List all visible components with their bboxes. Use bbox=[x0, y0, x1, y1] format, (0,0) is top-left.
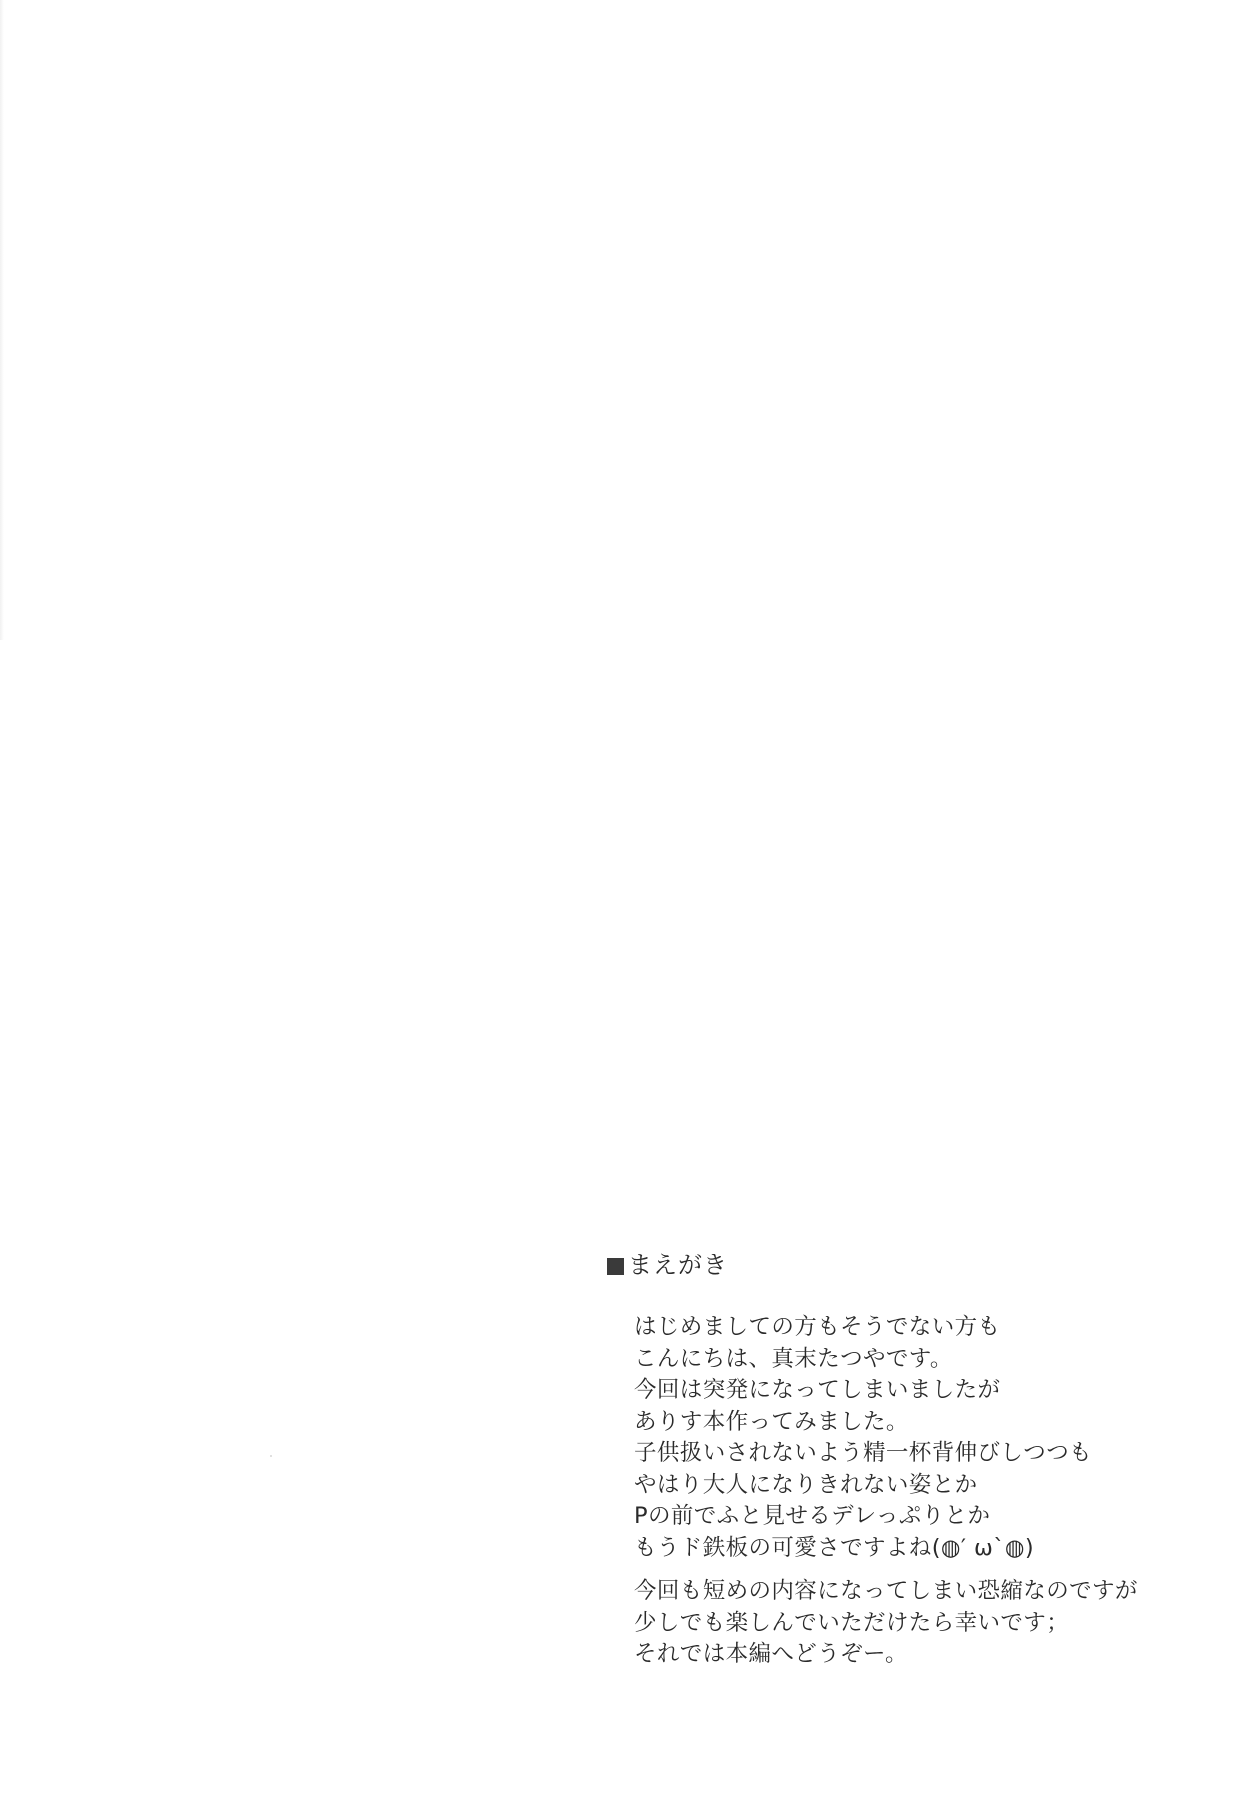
text-line: ありす本作ってみました。 bbox=[634, 1407, 1138, 1439]
text-line: 少しでも楽しんでいただけたら幸いです； bbox=[634, 1608, 1138, 1640]
text-line: こんにちは、真末たつやです。 bbox=[634, 1344, 1138, 1376]
preface-body: はじめましての方もそうでない方も こんにちは、真末たつやです。 今回は突発になっ… bbox=[634, 1312, 1138, 1671]
text-line: それでは本編へどうぞー。 bbox=[634, 1639, 1138, 1671]
scan-page-edge bbox=[0, 0, 4, 640]
text-line: 今回も短めの内容になってしまい恐縮なのですが bbox=[634, 1576, 1138, 1608]
paragraph-2: 今回も短めの内容になってしまい恐縮なのですが 少しでも楽しんでいただけたら幸いで… bbox=[634, 1576, 1138, 1671]
paragraph-1: はじめましての方もそうでない方も こんにちは、真末たつやです。 今回は突発になっ… bbox=[634, 1312, 1138, 1564]
text-line: 子供扱いされないよう精一杯背伸びしつつも bbox=[634, 1438, 1138, 1470]
section-heading: まえがき bbox=[607, 1250, 728, 1280]
text-line: 今回は突発になってしまいましたが bbox=[634, 1375, 1138, 1407]
text-line: やはり大人になりきれない姿とか bbox=[634, 1470, 1138, 1502]
scan-speck bbox=[270, 1455, 272, 1457]
heading-title: まえがき bbox=[628, 1250, 728, 1280]
square-bullet-icon bbox=[607, 1258, 624, 1275]
text-line: もうド鉄板の可愛さですよね(◍′ ω`◍) bbox=[634, 1533, 1138, 1565]
text-line: Pの前でふと見せるデレっぷりとか bbox=[634, 1501, 1138, 1533]
text-line: はじめましての方もそうでない方も bbox=[634, 1312, 1138, 1344]
